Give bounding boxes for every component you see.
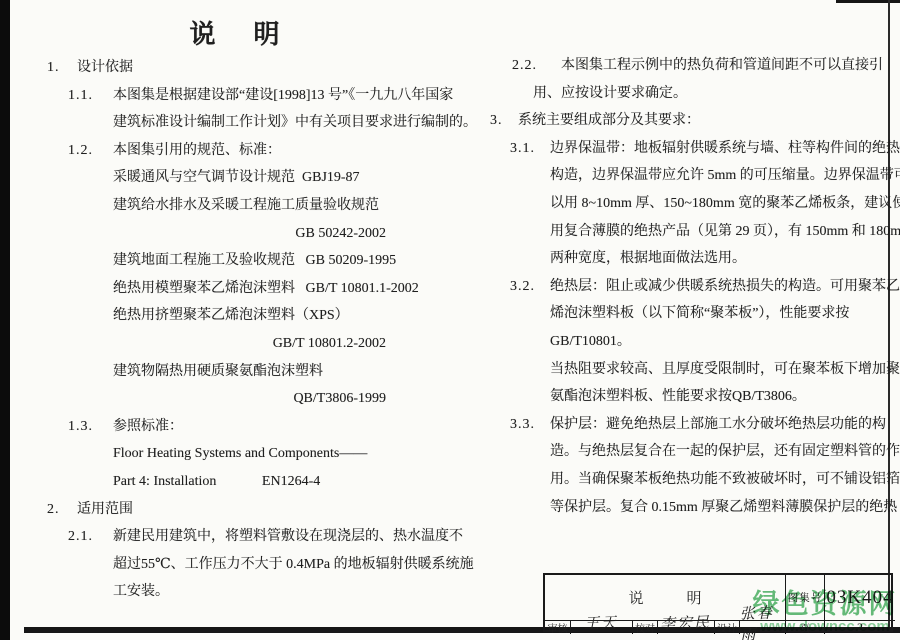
text-line: 建筑给水排水及采暖工程施工质量验收规范 bbox=[113, 192, 436, 220]
text-line: 本图集工程示例中的热负荷和管道间距不可以直接引 bbox=[533, 52, 887, 80]
signature-text: 王天 bbox=[584, 611, 619, 633]
text-line: 保护层：避免绝热层上部施工水分破坏绝热层功能的构 bbox=[550, 411, 887, 439]
section-number: 1.2. bbox=[68, 137, 93, 165]
text-row: 烯泡沫塑料板（以下简称“聚苯板”），性能要求按 bbox=[487, 300, 887, 328]
text-row: 绝热用挤塑聚苯乙烯泡沫塑料（XPS） bbox=[40, 302, 436, 330]
section-number: 1.1. bbox=[68, 82, 93, 110]
text-line: 绝热用模塑聚苯乙烯泡沫塑料 GB/T 10801.1-2002 bbox=[113, 275, 436, 303]
design-label: 设计 bbox=[714, 620, 739, 634]
text-line: 构造，边界保温带应允许 5mm 的可压缩量。边界保温带可 bbox=[550, 162, 887, 190]
text-row: 1.3.参照标准： bbox=[40, 413, 436, 441]
text-line: 新建民用建筑中，将塑料管敷设在现浇层的、热水温度不 bbox=[113, 523, 436, 551]
page-border-right bbox=[888, 0, 890, 633]
text-row: QB/T3806-1999 bbox=[40, 385, 436, 413]
proofread-label: 校对 bbox=[632, 620, 657, 634]
text-row: 建筑物隔热用硬质聚氨酯泡沫塑料 bbox=[40, 358, 436, 386]
text-line: 用复合薄膜的绝热产品（见第 29 页），有 150mm 和 180mm bbox=[550, 218, 887, 246]
text-line: 本图集是根据建设部“建设[1998]13 号”《一九九八年国家 bbox=[113, 82, 436, 110]
text-row: 3.3.保护层：避免绝热层上部施工水分破坏绝热层功能的构 bbox=[487, 411, 887, 439]
text-row: 等保护层。复合 0.15mm 厚聚乙烯塑料薄膜保护层的绝热 bbox=[487, 494, 887, 522]
text-row: 氨酯泡沫塑料板、性能要求按QB/T3806。 bbox=[487, 383, 887, 411]
signature-text: 张春雨 bbox=[739, 601, 785, 640]
text-row: GB 50242-2002 bbox=[40, 220, 436, 248]
text-row: 3.2.绝热层：阻止或减少供暖系统热损失的构造。可用聚苯乙 bbox=[487, 273, 887, 301]
left-column: 1.设计依据1.1.本图集是根据建设部“建设[1998]13 号”《一九九八年国… bbox=[40, 54, 436, 606]
text-line: Part 4: Installation EN1264-4 bbox=[113, 468, 436, 496]
section-number: 2.1. bbox=[68, 523, 93, 551]
text-row: 构造，边界保温带应允许 5mm 的可压缩量。边界保温带可 bbox=[487, 162, 887, 190]
text-line: GB/T 10801.2-2002 bbox=[113, 330, 436, 358]
text-line: 两种宽度，根据地面做法选用。 bbox=[550, 245, 887, 273]
text-row: 1.2.本图集引用的规范、标准： bbox=[40, 137, 436, 165]
text-line: GB 50242-2002 bbox=[113, 220, 436, 248]
title-block: 说 明 图集号 03K404 审核 王天 校对 李宏民 设计 张春雨 页 2 bbox=[543, 573, 893, 632]
text-row: 1.1.本图集是根据建设部“建设[1998]13 号”《一九九八年国家 bbox=[40, 82, 436, 110]
text-row: 2.适用范围 bbox=[40, 496, 436, 524]
text-row: 采暖通风与空气调节设计规范 GBJ19-87 bbox=[40, 164, 436, 192]
section-number: 3.3. bbox=[510, 411, 535, 439]
text-row: 以用 8~10mm 厚、150~180mm 宽的聚苯乙烯板条，建议使 bbox=[487, 190, 887, 218]
text-line: 系统主要组成部分及其要求： bbox=[518, 107, 887, 135]
right-column: 2.2. 本图集工程示例中的热负荷和管道间距不可以直接引用、应按设计要求确定。3… bbox=[487, 52, 887, 521]
text-row: 建筑给水排水及采暖工程施工质量验收规范 bbox=[40, 192, 436, 220]
section-number: 3. bbox=[490, 107, 503, 135]
text-row: 2.2. 本图集工程示例中的热负荷和管道间距不可以直接引 bbox=[487, 52, 887, 80]
text-line: 边界保温带：地板辐射供暖系统与墙、柱等构件间的绝热 bbox=[550, 135, 887, 163]
text-line: Floor Heating Systems and Components—— bbox=[113, 440, 436, 468]
text-line: 当热阻要求较高、且厚度受限制时，可在聚苯板下增加聚 bbox=[550, 356, 887, 384]
proofread-signature: 李宏民 bbox=[657, 620, 714, 634]
signature-text: 李宏民 bbox=[660, 611, 712, 634]
text-row: 造。与绝热层复合在一起的保护层，还有固定塑料管的作 bbox=[487, 438, 887, 466]
text-row: GB/T 10801.2-2002 bbox=[40, 330, 436, 358]
text-line: 参照标准： bbox=[113, 413, 436, 441]
text-row: 超过55℃、工作压力不大于 0.4MPa 的地板辐射供暖系统施 bbox=[40, 551, 436, 579]
text-line: 本图集引用的规范、标准： bbox=[113, 137, 436, 165]
text-row: 建筑标准设计编制工作计划》中有关项目要求进行编制的。 bbox=[40, 109, 436, 137]
text-row: 3.1.边界保温带：地板辐射供暖系统与墙、柱等构件间的绝热 bbox=[487, 135, 887, 163]
text-row: 3.系统主要组成部分及其要求： bbox=[487, 107, 887, 135]
text-line: 造。与绝热层复合在一起的保护层，还有固定塑料管的作 bbox=[550, 438, 887, 466]
text-line: 氨酯泡沫塑料板、性能要求按QB/T3806。 bbox=[550, 383, 887, 411]
section-number: 3.2. bbox=[510, 273, 535, 301]
section-number: 1. bbox=[47, 54, 60, 82]
text-row: 绝热用模塑聚苯乙烯泡沫塑料 GB/T 10801.1-2002 bbox=[40, 275, 436, 303]
text-row: Floor Heating Systems and Components—— bbox=[40, 440, 436, 468]
scan-edge-left bbox=[0, 0, 10, 640]
text-line: 设计依据 bbox=[77, 54, 436, 82]
text-line: 绝热用挤塑聚苯乙烯泡沫塑料（XPS） bbox=[113, 302, 436, 330]
text-row: 工安装。 bbox=[40, 578, 436, 606]
atlas-number-label: 图集号 bbox=[785, 575, 824, 620]
text-line: 建筑标准设计编制工作计划》中有关项目要求进行编制的。 bbox=[113, 109, 436, 137]
section-number: 3.1. bbox=[510, 135, 535, 163]
text-row: GB/T10801。 bbox=[487, 328, 887, 356]
text-row: 建筑地面工程施工及验收规范 GB 50209-1995 bbox=[40, 247, 436, 275]
text-row: 用复合薄膜的绝热产品（见第 29 页），有 150mm 和 180mm bbox=[487, 218, 887, 246]
text-line: 以用 8~10mm 厚、150~180mm 宽的聚苯乙烯板条，建议使 bbox=[550, 190, 887, 218]
text-line: QB/T3806-1999 bbox=[113, 385, 436, 413]
text-line: 等保护层。复合 0.15mm 厚聚乙烯塑料薄膜保护层的绝热 bbox=[550, 494, 887, 522]
text-line: 建筑物隔热用硬质聚氨酯泡沫塑料 bbox=[113, 358, 436, 386]
text-line: 超过55℃、工作压力不大于 0.4MPa 的地板辐射供暖系统施 bbox=[113, 551, 436, 579]
text-line: 工安装。 bbox=[113, 578, 436, 606]
text-line: 建筑地面工程施工及验收规范 GB 50209-1995 bbox=[113, 247, 436, 275]
design-signature: 张春雨 bbox=[739, 620, 785, 634]
text-row: 1.设计依据 bbox=[40, 54, 436, 82]
page-label: 页 bbox=[785, 620, 824, 634]
section-number: 2. bbox=[47, 496, 60, 524]
text-line: 用。当确保聚苯板绝热功能不致被破坏时，可不铺设铝箔 bbox=[550, 466, 887, 494]
page-title: 说 明 bbox=[40, 14, 435, 51]
atlas-number-value: 03K404 bbox=[824, 575, 895, 620]
text-line: 采暖通风与空气调节设计规范 GBJ19-87 bbox=[113, 164, 436, 192]
text-row: 用、应按设计要求确定。 bbox=[487, 80, 887, 108]
page-number: 2 bbox=[824, 620, 895, 634]
text-line: 用、应按设计要求确定。 bbox=[533, 80, 887, 108]
text-line: 适用范围 bbox=[77, 496, 436, 524]
text-row: 两种宽度，根据地面做法选用。 bbox=[487, 245, 887, 273]
text-line: GB/T10801。 bbox=[550, 328, 887, 356]
text-line: 烯泡沫塑料板（以下简称“聚苯板”），性能要求按 bbox=[550, 300, 887, 328]
text-row: Part 4: Installation EN1264-4 bbox=[40, 468, 436, 496]
text-line: 绝热层：阻止或减少供暖系统热损失的构造。可用聚苯乙 bbox=[550, 273, 887, 301]
text-row: 用。当确保聚苯板绝热功能不致被破坏时，可不铺设铝箔 bbox=[487, 466, 887, 494]
text-row: 2.1.新建民用建筑中，将塑料管敷设在现浇层的、热水温度不 bbox=[40, 523, 436, 551]
text-row: 当热阻要求较高、且厚度受限制时，可在聚苯板下增加聚 bbox=[487, 356, 887, 384]
review-label: 审核 bbox=[545, 620, 570, 634]
review-signature: 王天 bbox=[570, 620, 632, 634]
page-border-top-fragment bbox=[836, 0, 900, 3]
section-number: 1.3. bbox=[68, 413, 93, 441]
